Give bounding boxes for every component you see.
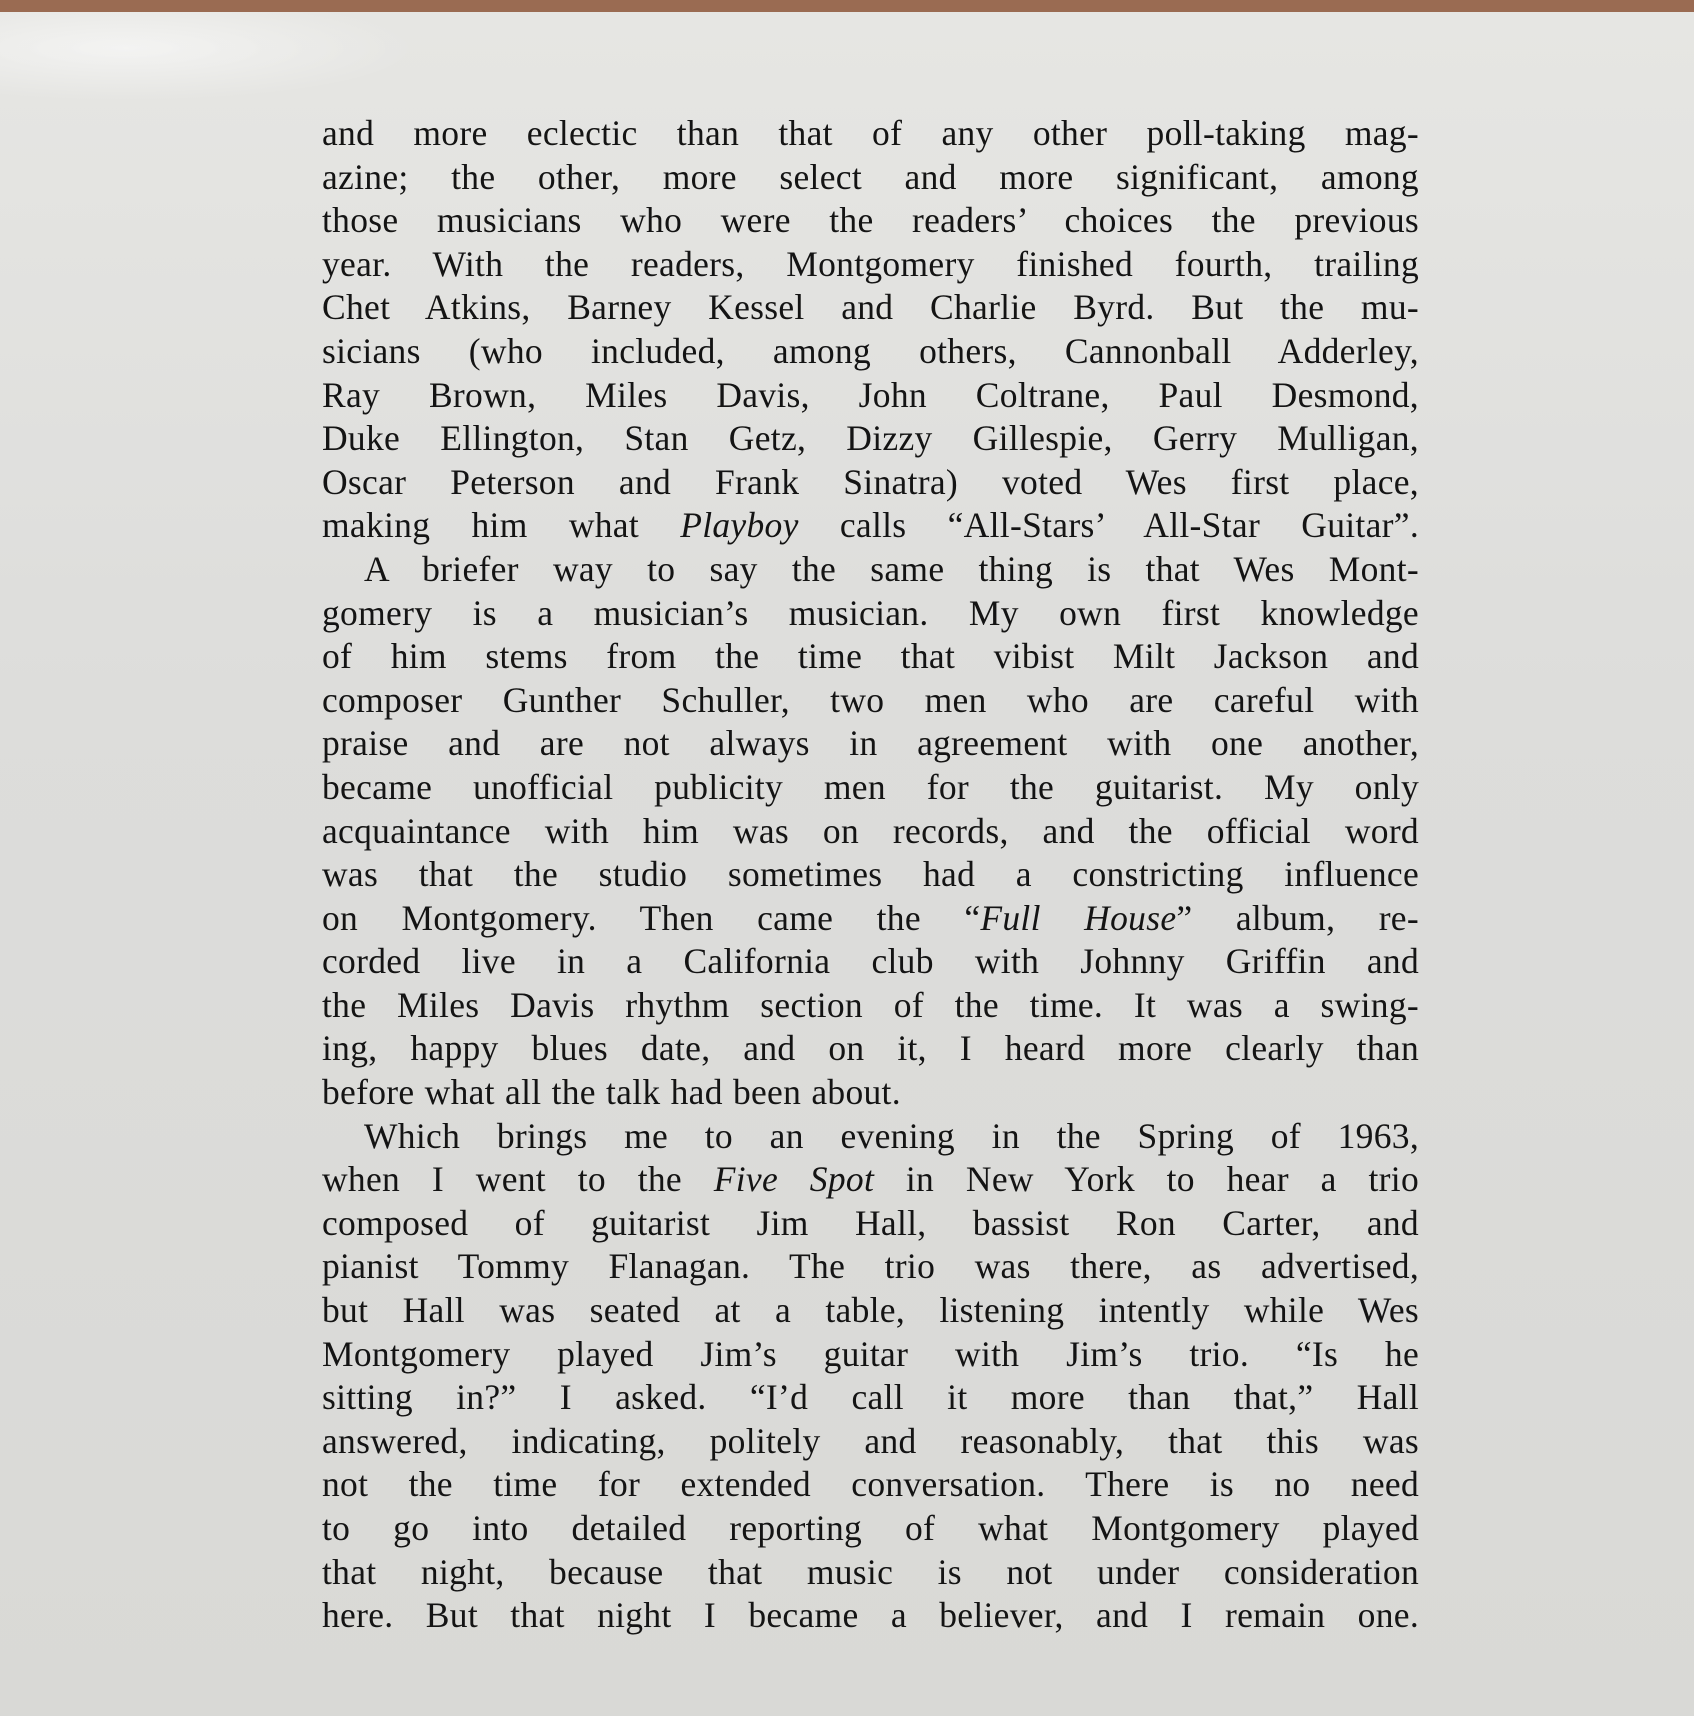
text-line: sicians (who included, among others, Can… bbox=[322, 330, 1419, 374]
text-line: composed of guitarist Jim Hall, bassist … bbox=[322, 1202, 1419, 1246]
text-fragment: calls “All-Stars’ All-Star Guitar”. bbox=[799, 505, 1419, 545]
text-line: became unofficial publicity men for the … bbox=[322, 766, 1419, 810]
text-line: Montgomery played Jim’s guitar with Jim’… bbox=[322, 1333, 1419, 1377]
paragraph-1: and more eclectic than that of any other… bbox=[322, 112, 1419, 548]
italic-venue-five-spot: Five Spot bbox=[714, 1159, 874, 1199]
text-line: sitting in?” I asked. “I’d call it more … bbox=[322, 1376, 1419, 1420]
text-line: that night, because that music is not un… bbox=[322, 1551, 1419, 1595]
text-line: gomery is a musician’s musician. My own … bbox=[322, 592, 1419, 636]
text-line: Chet Atkins, Barney Kessel and Charlie B… bbox=[322, 286, 1419, 330]
italic-title-playboy: Playboy bbox=[680, 505, 798, 545]
paragraph-2: A briefer way to say the same thing is t… bbox=[322, 548, 1419, 1115]
text-line: on Montgomery. Then came the “Full House… bbox=[322, 897, 1419, 941]
text-line: composer Gunther Schuller, two men who a… bbox=[322, 679, 1419, 723]
text-line: the Miles Davis rhythm section of the ti… bbox=[322, 984, 1419, 1028]
text-line: before what all the talk had been about. bbox=[322, 1071, 1419, 1115]
text-line: year. With the readers, Montgomery finis… bbox=[322, 243, 1419, 287]
text-line: Which brings me to an evening in the Spr… bbox=[322, 1115, 1419, 1159]
text-fragment: when I went to the bbox=[322, 1159, 714, 1199]
text-line: Duke Ellington, Stan Getz, Dizzy Gillesp… bbox=[322, 417, 1419, 461]
text-fragment: in New York to hear a trio bbox=[874, 1159, 1419, 1199]
text-line: ing, happy blues date, and on it, I hear… bbox=[322, 1027, 1419, 1071]
text-line: was that the studio sometimes had a cons… bbox=[322, 853, 1419, 897]
text-fragment: ” album, re- bbox=[1176, 898, 1419, 938]
text-line: acquaintance with him was on records, an… bbox=[322, 810, 1419, 854]
text-line: but Hall was seated at a table, listenin… bbox=[322, 1289, 1419, 1333]
text-line: here. But that night I became a believer… bbox=[322, 1594, 1419, 1638]
body-text-column: and more eclectic than that of any other… bbox=[322, 112, 1419, 1638]
scanned-page: and more eclectic than that of any other… bbox=[0, 12, 1694, 1716]
text-line: azine; the other, more select and more s… bbox=[322, 156, 1419, 200]
text-line: of him stems from the time that vibist M… bbox=[322, 635, 1419, 679]
text-line: praise and are not always in agreement w… bbox=[322, 722, 1419, 766]
text-fragment: on Montgomery. Then came the “ bbox=[322, 898, 980, 938]
text-line: making him what Playboy calls “All-Stars… bbox=[322, 504, 1419, 548]
italic-title-full-house: Full House bbox=[980, 898, 1176, 938]
text-line: answered, indicating, politely and reaso… bbox=[322, 1420, 1419, 1464]
paragraph-3: Which brings me to an evening in the Spr… bbox=[322, 1115, 1419, 1638]
text-line: and more eclectic than that of any other… bbox=[322, 112, 1419, 156]
text-line: A briefer way to say the same thing is t… bbox=[322, 548, 1419, 592]
text-line: those musicians who were the readers’ ch… bbox=[322, 199, 1419, 243]
text-line: corded live in a California club with Jo… bbox=[322, 940, 1419, 984]
text-line: not the time for extended conversation. … bbox=[322, 1463, 1419, 1507]
text-line: Ray Brown, Miles Davis, John Coltrane, P… bbox=[322, 374, 1419, 418]
text-line: to go into detailed reporting of what Mo… bbox=[322, 1507, 1419, 1551]
text-line: Oscar Peterson and Frank Sinatra) voted … bbox=[322, 461, 1419, 505]
text-line: when I went to the Five Spot in New York… bbox=[322, 1158, 1419, 1202]
text-line: pianist Tommy Flanagan. The trio was the… bbox=[322, 1245, 1419, 1289]
text-fragment: making him what bbox=[322, 505, 680, 545]
